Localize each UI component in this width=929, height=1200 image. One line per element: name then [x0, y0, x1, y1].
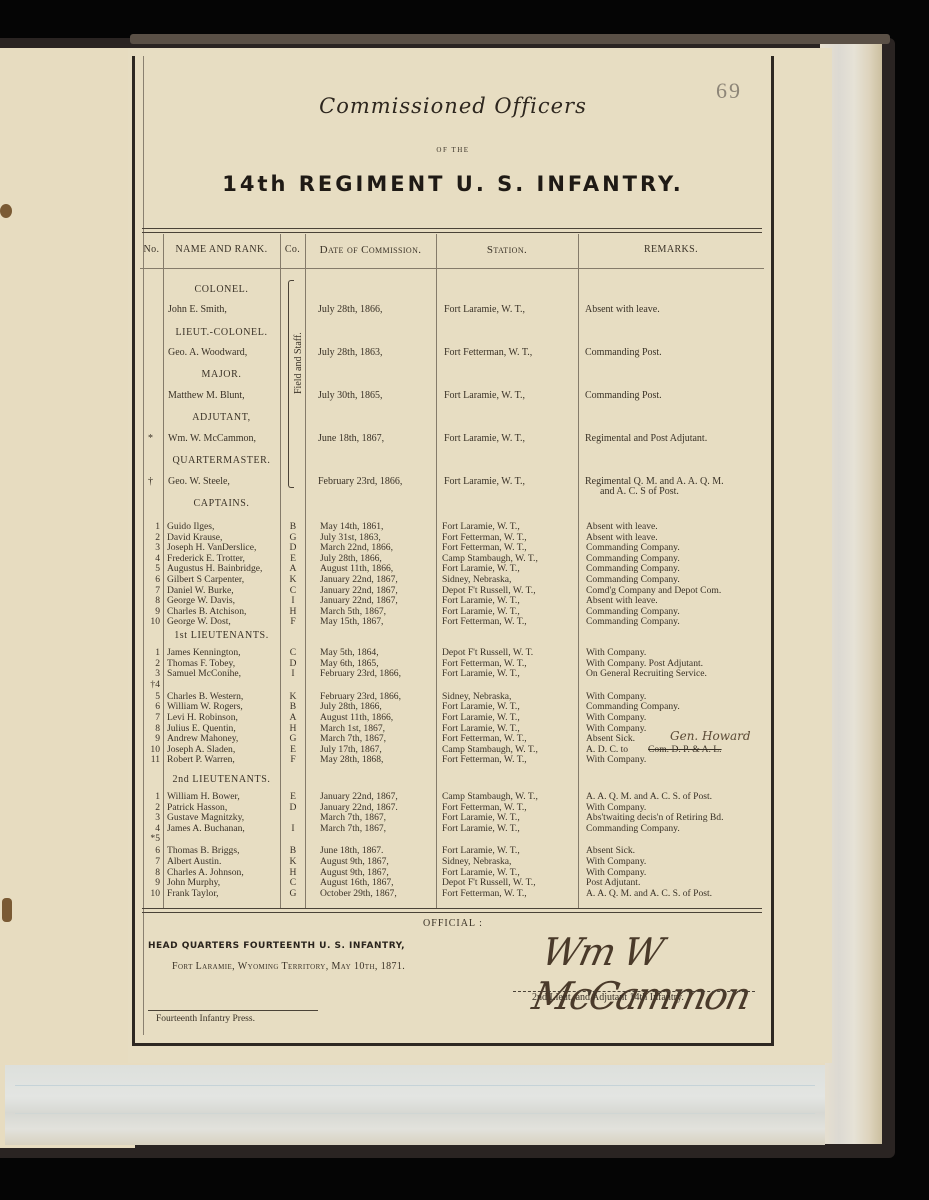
table-row: 7Levi H. Robinson,AAugust 11th, 1866,For… — [140, 713, 764, 724]
cell-name: Levi H. Robinson, — [167, 713, 238, 724]
handwritten-annotation: Gen. Howard — [670, 731, 751, 742]
header-name-rank: NAME AND RANK. — [163, 244, 280, 255]
cell-date: May 15th, 1867, — [320, 617, 383, 628]
cell-date: May 28th, 1868, — [320, 755, 383, 766]
cell-name: William H. Bower, — [167, 792, 240, 803]
table-row: 3Samuel McConihe,IFebruary 23rd, 1866,Fo… — [140, 669, 764, 680]
cell-name: James Kennington, — [167, 648, 241, 659]
cell-no: 10 — [140, 617, 160, 628]
table-row: †4 — [140, 680, 764, 691]
cell-station: Sidney, Nebraska, — [442, 857, 511, 868]
stain-mark — [2, 898, 12, 922]
cell-no: 1 — [140, 648, 160, 659]
cell-co: B — [281, 522, 305, 533]
cell-name: Albert Austin. — [167, 857, 221, 868]
officers-table: No. NAME AND RANK. Co. Date of Commissio… — [140, 234, 764, 909]
document-page: 69 Commissioned Officers OF THE 14th REG… — [128, 48, 832, 1063]
section-first-lieutenants: 1st LIEUTENANTS. — [163, 630, 280, 641]
cell-station: Fort Fetterman, W. T., — [442, 889, 527, 900]
left-page — [0, 48, 135, 1148]
cell-no: 10 — [140, 889, 160, 900]
cell-co: G — [281, 889, 305, 900]
official-label: OFFICIAL : — [128, 918, 778, 929]
cell-date: March 7th, 1867, — [320, 824, 386, 835]
cell-station: Sidney, Nebraska, — [442, 575, 511, 586]
section-second-lieutenants: 2nd LIEUTENANTS. — [163, 774, 280, 785]
cell-remarks: With Company. — [586, 755, 646, 766]
header-rule — [142, 228, 762, 229]
cell-co: K — [281, 857, 305, 868]
table-row: *5 — [140, 834, 764, 845]
header-remarks: REMARKS. — [578, 244, 764, 255]
cell-no: †4 — [140, 680, 160, 691]
cell-co: F — [281, 755, 305, 766]
cell-co: K — [281, 575, 305, 586]
cell-no: 1 — [140, 792, 160, 803]
header-no: No. — [140, 244, 163, 255]
cell-no: *5 — [140, 834, 160, 845]
table-row: 10George W. Dost,FMay 15th, 1867,Fort Fe… — [140, 617, 764, 628]
rank-label: COLONEL. — [163, 284, 280, 295]
cell-date: February 23rd, 1866, — [320, 669, 401, 680]
title-of-the: OF THE — [128, 146, 778, 154]
signature-caption: 2nd Lieut. and Adjutant 14th Infantry. — [532, 992, 684, 1003]
cell-name: James A. Buchanan, — [167, 824, 245, 835]
handwritten-signature: Wm W McCammon — [529, 930, 842, 1018]
cell-co: A — [281, 713, 305, 724]
footer-rule — [142, 908, 762, 909]
cell-station: Fort Fetterman, W. T., — [442, 617, 527, 628]
cell-name: Robert P. Warren, — [167, 755, 235, 766]
printer-imprint: Fourteenth Infantry Press. — [156, 1014, 255, 1024]
header-station: Station. — [436, 244, 578, 256]
cell-remarks: Commanding Company. — [586, 824, 680, 835]
cell-no: 1 — [140, 522, 160, 533]
place-date-line: Fort Laramie, Wyoming Territory, May 10t… — [172, 961, 405, 972]
cell-remarks: A. A. Q. M. and A. C. S. of Post. — [586, 889, 712, 900]
table-row: 1Guido Ilges,BMay 14th, 1861,Fort Larami… — [140, 522, 764, 533]
cell-name: Guido Ilges, — [167, 522, 214, 533]
table-row: 10Frank Taylor,GOctober 29th, 1867,Fort … — [140, 889, 764, 900]
cell-station: Fort Fetterman, W. T., — [442, 755, 527, 766]
cell-no: 6 — [140, 575, 160, 586]
cell-remarks: A. A. Q. M. and A. C. S. of Post. — [586, 792, 712, 803]
table-row: 6Gilbert S Carpenter,KJanuary 22nd, 1867… — [140, 575, 764, 586]
table-row: 11Robert P. Warren,FMay 28th, 1868,Fort … — [140, 755, 764, 766]
cover-top-edge — [130, 34, 890, 44]
cell-station: Fort Laramie, W. T., — [442, 522, 520, 533]
cell-name: Frank Taylor, — [167, 889, 219, 900]
cell-name: Gilbert S Carpenter, — [167, 575, 244, 586]
cell-remarks: Commanding Company. — [586, 617, 680, 628]
header-rule — [142, 232, 762, 233]
header-co: Co. — [280, 244, 305, 255]
cell-date: August 11th, 1866, — [320, 713, 393, 724]
section-captains: CAPTAINS. — [163, 498, 280, 509]
cell-remarks: With Company. — [586, 648, 646, 659]
field-staff-label: Field and Staff. — [293, 332, 304, 394]
stain-mark — [0, 204, 12, 218]
cell-station: Camp Stambaugh, W. T., — [442, 792, 538, 803]
cell-no: 11 — [140, 755, 160, 766]
rank-label: QUARTERMASTER. — [163, 455, 280, 466]
cell-date: May 14th, 1861, — [320, 522, 383, 533]
headquarters-line: HEAD QUARTERS FOURTEENTH U. S. INFANTRY, — [148, 941, 405, 951]
cell-date: January 22nd, 1867, — [320, 575, 398, 586]
cell-name: George W. Dost, — [167, 617, 231, 628]
cell-station: Fort Laramie, W. T., — [442, 824, 520, 835]
cell-co: C — [281, 648, 305, 659]
cell-date: October 29th, 1867, — [320, 889, 397, 900]
cell-name: Samuel McConihe, — [167, 669, 241, 680]
struck-remark: Com. D. P. & A. L. — [648, 745, 722, 756]
cell-co: I — [281, 669, 305, 680]
press-rule — [148, 1010, 318, 1011]
rank-label: LIEUT.-COLONEL. — [163, 327, 280, 338]
cell-remarks: On General Recruiting Service. — [586, 669, 707, 680]
cell-no: 7 — [140, 713, 160, 724]
cell-no: 7 — [140, 857, 160, 868]
cell-remarks: With Company. — [586, 713, 646, 724]
cell-date: August 9th, 1867, — [320, 857, 389, 868]
title-commissioned-officers: Commissioned Officers — [128, 94, 778, 118]
cell-station: Depot F't Russell, W. T. — [442, 648, 533, 659]
cell-date: May 5th, 1864, — [320, 648, 379, 659]
title-regiment: 14th REGIMENT U. S. INFANTRY. — [128, 172, 778, 196]
table-row: 7Albert Austin.KAugust 9th, 1867,Sidney,… — [140, 857, 764, 868]
cell-remarks: With Company. — [586, 857, 646, 868]
cell-co: D — [281, 803, 305, 814]
footer-rule — [142, 912, 762, 913]
header-date: Date of Commission. — [305, 244, 436, 256]
cell-remarks: Commanding Company. — [586, 575, 680, 586]
rank-label: MAJOR. — [163, 369, 280, 380]
cell-station: Fort Laramie, W. T., — [442, 713, 520, 724]
cell-date: January 22nd, 1867, — [320, 792, 398, 803]
table-row: 1James Kennington,CMay 5th, 1864,Depot F… — [140, 648, 764, 659]
page-edges-bottom — [5, 1063, 825, 1145]
table-row: 1William H. Bower,EJanuary 22nd, 1867,Ca… — [140, 792, 764, 803]
cell-co: I — [281, 824, 305, 835]
table-row: 4James A. Buchanan,IMarch 7th, 1867,Fort… — [140, 824, 764, 835]
cell-remarks: Absent with leave. — [586, 522, 658, 533]
rank-label: ADJUTANT, — [163, 412, 280, 423]
cell-co: E — [281, 792, 305, 803]
cell-co: F — [281, 617, 305, 628]
cell-station: Fort Laramie, W. T., — [442, 669, 520, 680]
